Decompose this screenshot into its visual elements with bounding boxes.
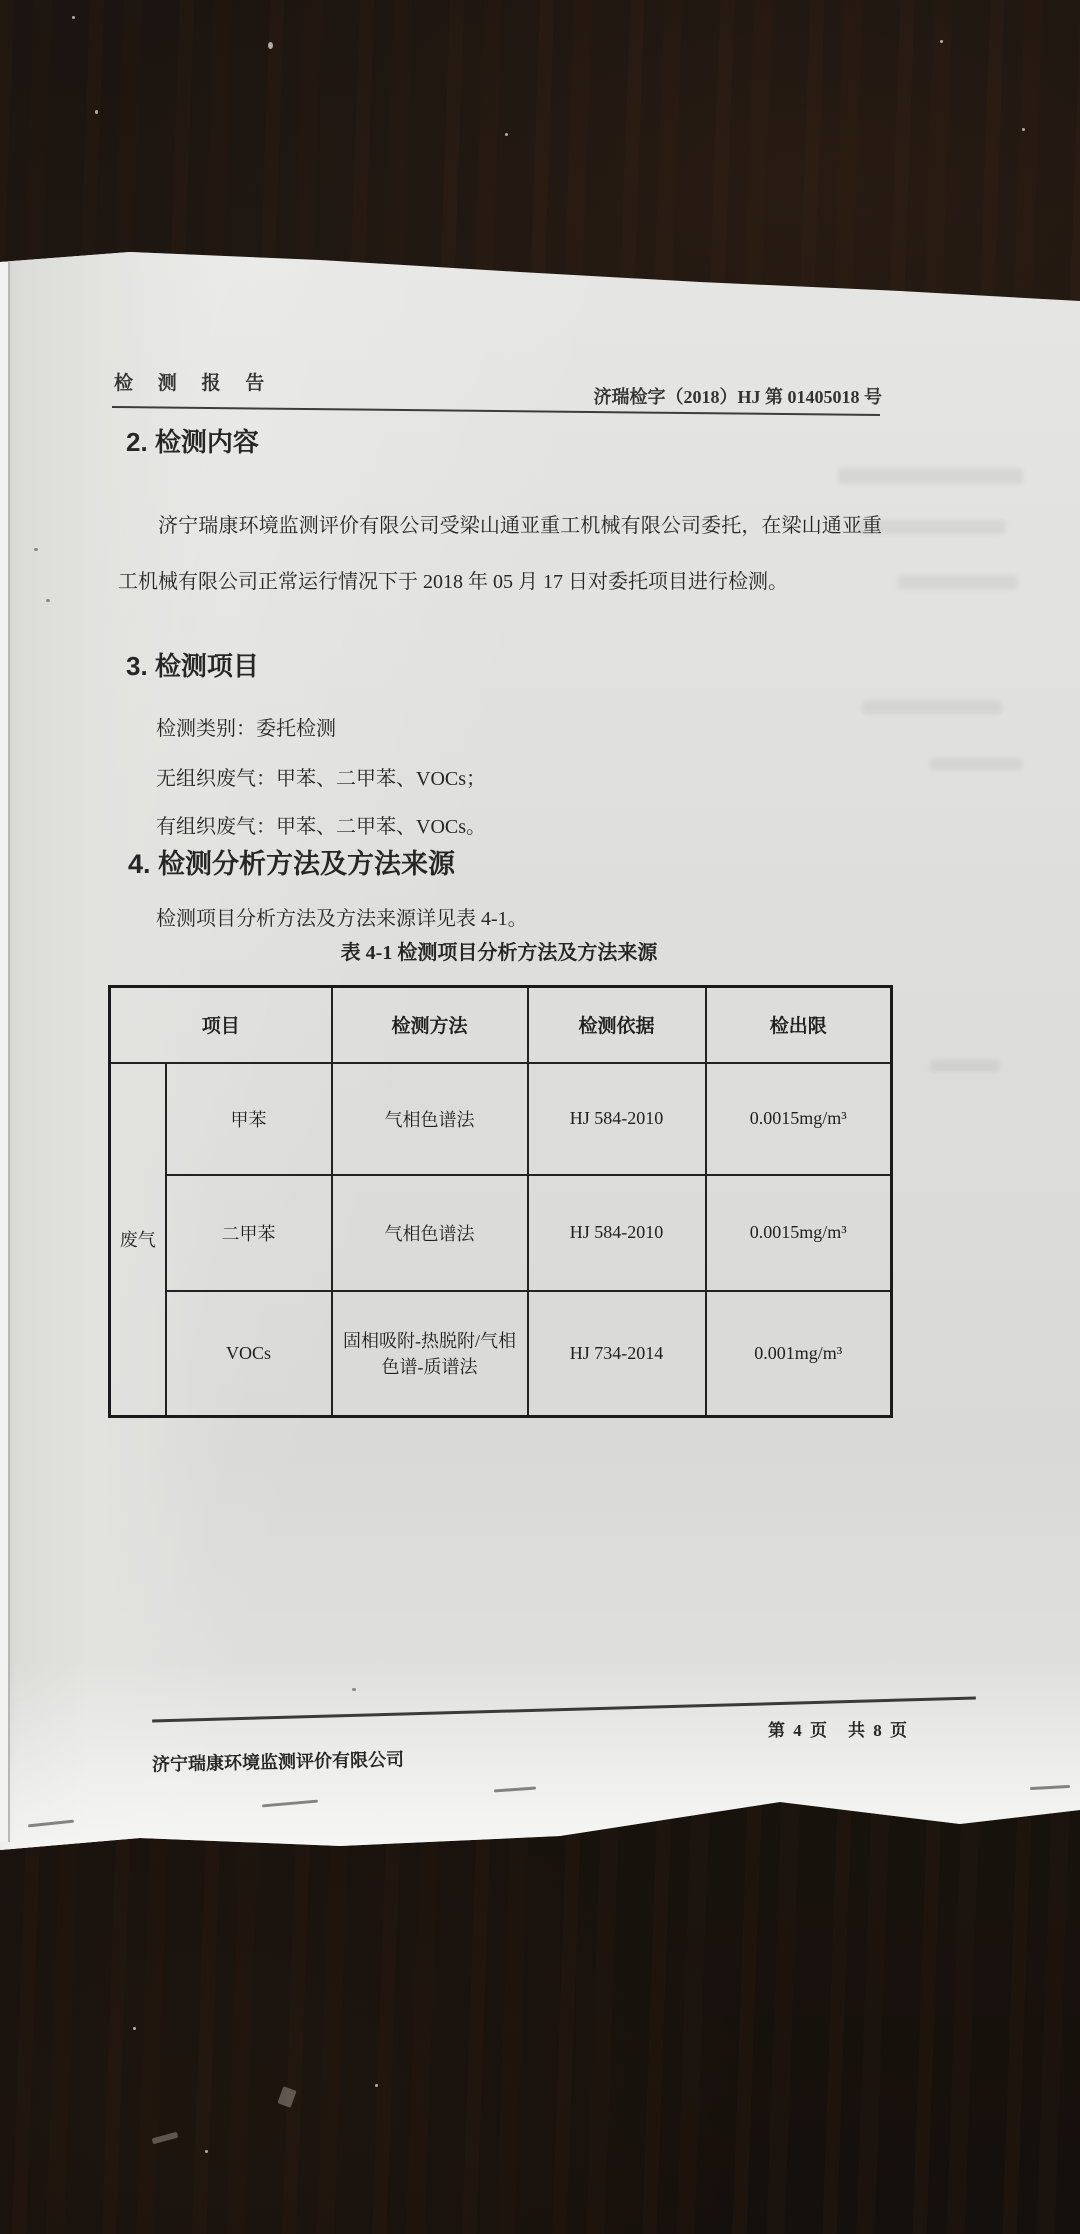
underlying-page-edge (0, 262, 12, 1842)
paper-speck (352, 1688, 356, 1691)
method-cell: 固相吸附-热脱附/气相色谱-质谱法 (332, 1291, 528, 1417)
basis-cell: HJ 584-2010 (528, 1175, 706, 1291)
analysis-methods-table: 项目 检测方法 检测依据 检出限 废气 甲苯 气相色谱法 HJ 584-2010… (108, 985, 893, 1418)
table-row: VOCs 固相吸附-热脱附/气相色谱-质谱法 HJ 734-2014 0.001… (110, 1291, 892, 1417)
page-showthrough (862, 700, 1002, 714)
report-page: 检 测 报 告 济瑞检字（2018）HJ 第 01405018 号 2. 检测内… (0, 0, 1080, 1860)
wood-speck (505, 133, 508, 136)
item-cell: 甲苯 (166, 1063, 332, 1175)
basis-cell: HJ 584-2010 (528, 1063, 706, 1175)
section-2-paragraph: 济宁瑞康环境监测评价有限公司受梁山通亚重工机械有限公司委托，在梁山通亚重工机械有… (118, 498, 882, 610)
test-category-line: 检测类别：委托检测 (156, 712, 336, 741)
method-cell: 气相色谱法 (332, 1175, 528, 1291)
table-header-row: 项目 检测方法 检测依据 检出限 (110, 987, 892, 1063)
col-header-limit: 检出限 (706, 987, 892, 1063)
page-number: 第 4 页 共 8 页 (768, 1716, 909, 1741)
col-header-basis: 检测依据 (528, 987, 706, 1063)
col-header-item: 项目 (110, 987, 332, 1063)
method-cell: 气相色谱法 (332, 1063, 528, 1175)
section-4-title: 4. 检测分析方法及方法来源 (128, 842, 455, 881)
section-4-lead: 检测项目分析方法及方法来源详见表 4-1。 (156, 902, 528, 931)
paper-speck (34, 548, 38, 551)
page-showthrough (930, 1060, 1000, 1072)
limit-cell: 0.0015mg/m³ (706, 1063, 892, 1175)
wood-speck (205, 2150, 208, 2153)
category-cell: 废气 (110, 1063, 166, 1417)
wood-speck (268, 42, 273, 49)
item-cell: VOCs (166, 1291, 332, 1417)
edge-crease (1030, 1785, 1070, 1790)
basis-cell: HJ 734-2014 (528, 1291, 706, 1417)
wood-speck (95, 110, 98, 114)
paper-speck (46, 599, 50, 602)
report-header-title: 检 测 报 告 (114, 368, 274, 395)
fugitive-emissions-line: 无组织废气：甲苯、二甲苯、VOCs； (156, 762, 486, 791)
edge-crease (262, 1800, 318, 1808)
col-header-method: 检测方法 (332, 987, 528, 1063)
wood-speck (375, 2084, 378, 2087)
section-3-title: 3. 检测项目 (126, 646, 259, 683)
wood-scratch (277, 2086, 296, 2108)
item-cell: 二甲苯 (166, 1175, 332, 1291)
wood-speck (133, 2027, 136, 2030)
report-header-code: 济瑞检字（2018）HJ 第 01405018 号 (593, 383, 882, 409)
section-2-title: 2. 检测内容 (126, 422, 259, 459)
page-showthrough (898, 575, 1018, 589)
limit-cell: 0.0015mg/m³ (706, 1175, 892, 1291)
edge-crease (494, 1787, 536, 1793)
page-showthrough (930, 758, 1022, 770)
limit-cell: 0.001mg/m³ (706, 1291, 892, 1417)
wood-speck (940, 40, 943, 43)
wood-speck (1022, 128, 1025, 131)
edge-crease (28, 1820, 74, 1828)
page-showthrough (838, 468, 1023, 484)
table-row: 二甲苯 气相色谱法 HJ 584-2010 0.0015mg/m³ (110, 1175, 892, 1291)
photo-of-report-on-wood-table: 检 测 报 告 济瑞检字（2018）HJ 第 01405018 号 2. 检测内… (0, 0, 1080, 2234)
organized-emissions-line: 有组织废气：甲苯、二甲苯、VOCs。 (156, 810, 486, 839)
wood-speck (72, 16, 75, 19)
table-row: 废气 甲苯 气相色谱法 HJ 584-2010 0.0015mg/m³ (110, 1063, 892, 1175)
table-4-1-caption: 表 4-1 检测项目分析方法及方法来源 (108, 936, 890, 965)
wood-scratch (152, 2132, 179, 2145)
footer-company-name: 济宁瑞康环境监测评价有限公司 (152, 1745, 404, 1776)
